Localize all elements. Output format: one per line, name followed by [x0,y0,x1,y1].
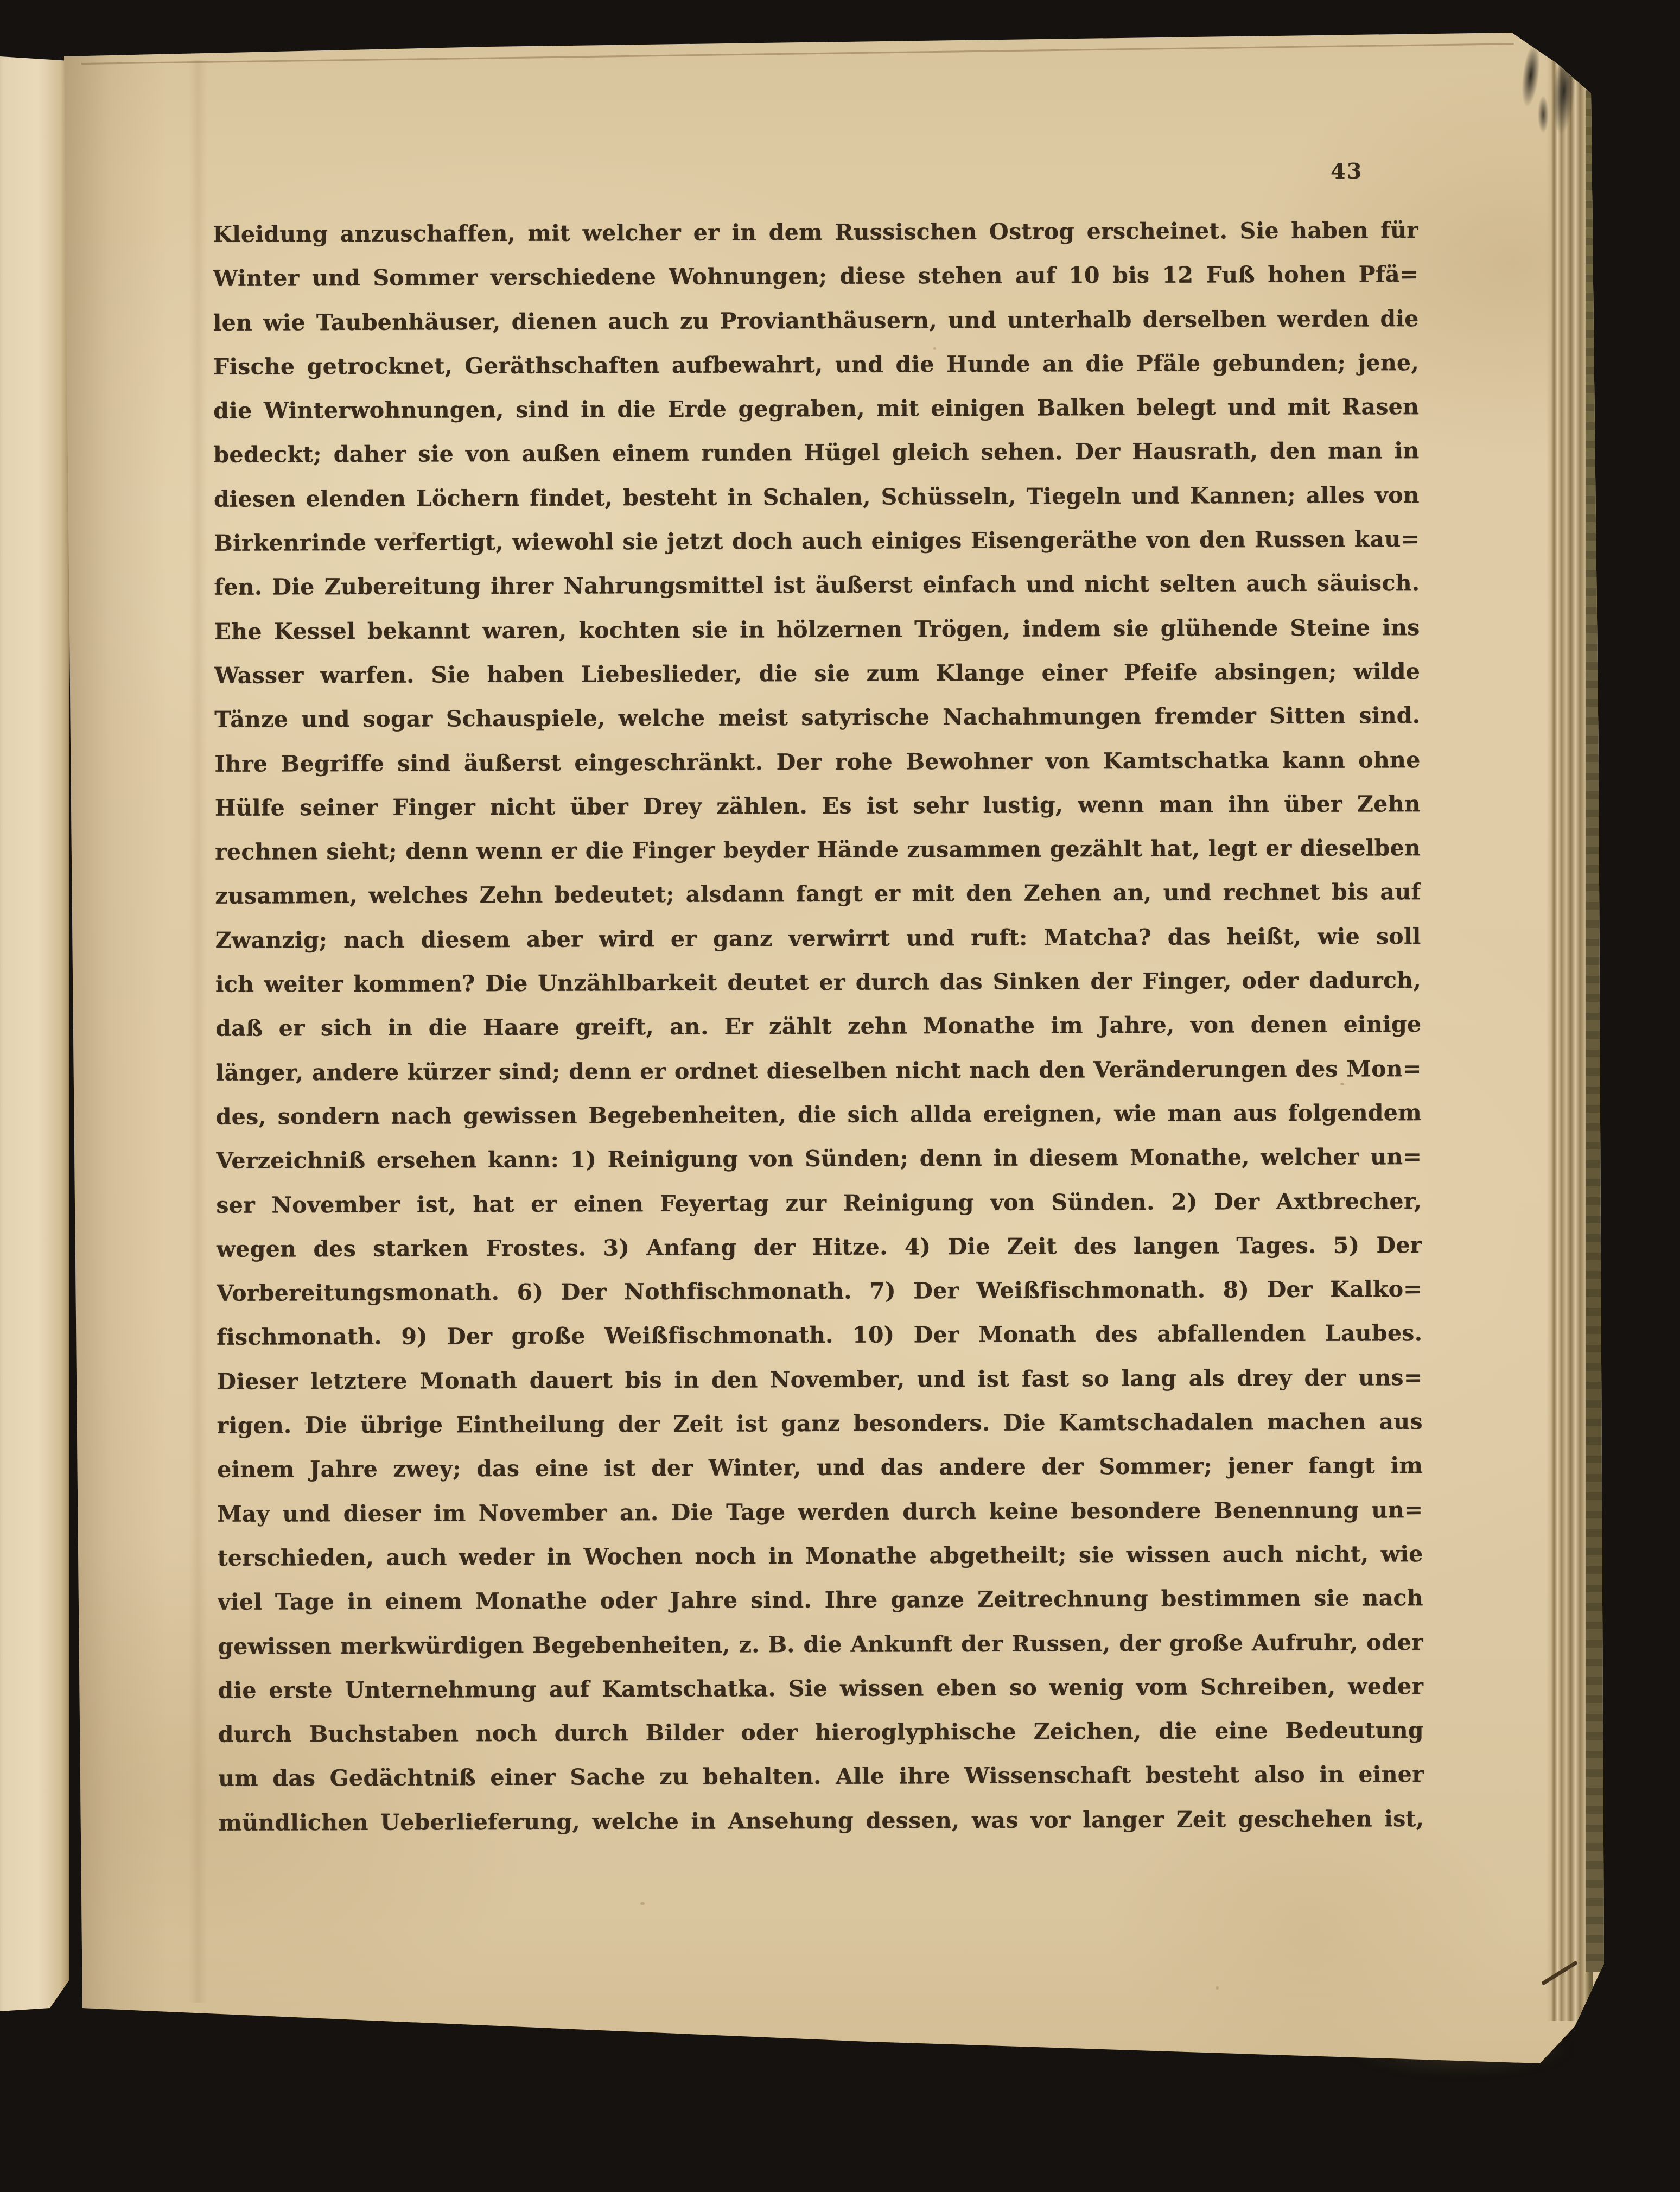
text-line: Fische getrocknet, Geräthschaften aufbew… [213,341,1419,389]
previous-page-sliver [0,0,69,2013]
text-line: wegen des starken Frostes. 3) Anfang der… [217,1223,1422,1272]
scan-background: 43 Kleidung anzuschaffen, mit welcher er… [0,0,1680,2192]
paper-speck [640,1902,645,1905]
text-line: gewissen merkwürdigen Begebenheiten, z. … [218,1621,1423,1669]
text-line: len wie Taubenhäuser, dienen auch zu Pro… [213,297,1419,345]
text-line: May und dieser im November an. Die Tage … [217,1488,1423,1536]
text-line: Vorbereitungsmonath. 6) Der Nothfischmon… [217,1267,1422,1316]
ink-smudge [1538,96,1549,134]
text-line: Dieser letztere Monath dauert bis in den… [217,1356,1422,1404]
text-line: Ehe Kessel bekannt waren, kochten sie in… [214,606,1420,654]
text-line: durch Buchstaben noch durch Bilder oder … [218,1708,1424,1757]
body-text: Kleidung anzuschaffen, mit welcher er in… [213,208,1424,1845]
text-line: um das Gedächtniß einer Sache zu behalte… [218,1752,1424,1801]
text-line: Verzeichniß ersehen kann: 1) Reinigung v… [216,1135,1422,1183]
top-deckle-line [81,43,1514,65]
text-line: einem Jahre zwey; das eine ist der Winte… [217,1444,1423,1492]
gutter-shade [64,49,167,2016]
margin-fold [189,60,207,2003]
text-line: ich weiter kommen? Die Unzählbarkeit deu… [215,958,1421,1007]
text-line: rigen. Die übrige Eintheilung der Zeit i… [217,1400,1423,1448]
text-line: mündlichen Ueberlieferung, welche in Ans… [218,1797,1424,1845]
text-line: daß er sich in die Haare greift, an. Er … [215,1002,1421,1051]
text-line: Tänze und sogar Schauspiele, welche meis… [214,694,1420,742]
text-line: die erste Unternehmung auf Kamtschatka. … [218,1664,1423,1713]
paper-speck [1216,1986,1219,1990]
text-line: Zwanzig; nach diesem aber wird er ganz v… [215,914,1421,963]
text-line: fischmonath. 9) Der große Weißfischmonat… [217,1312,1422,1360]
text-line: des, sondern nach gewissen Begebenheiten… [216,1091,1422,1139]
text-line: Hülfe seiner Finger nicht über Drey zähl… [215,782,1421,830]
text-line: fen. Die Zubereitung ihrer Nahrungsmitte… [214,561,1420,609]
text-line: Wasser warfen. Sie haben Liebeslieder, d… [214,650,1420,698]
text-line: Winter und Sommer verschiedene Wohnungen… [213,252,1418,301]
text-line: Ihre Begriffe sind äußerst eingeschränkt… [214,738,1420,786]
text-line: terschieden, auch weder in Wochen noch i… [218,1532,1423,1580]
text-line: länger, andere kürzer sind; denn er ordn… [215,1047,1421,1095]
text-line: diesen elenden Löchern findet, besteht i… [214,473,1420,522]
text-line: ser November ist, hat er einen Feyertag … [216,1179,1422,1228]
text-line: Birkenrinde verfertigt, wiewohl sie jetz… [214,517,1420,566]
text-line: Kleidung anzuschaffen, mit welcher er in… [213,208,1418,257]
ink-smudge [1519,43,1543,109]
text-line: die Winterwohnungen, sind in die Erde ge… [213,385,1419,433]
text-line: rechnen sieht; denn wenn er die Finger b… [215,826,1421,874]
text-line: zusammen, welches Zehn bedeutet; alsdann… [215,871,1421,919]
book-page: 43 Kleidung anzuschaffen, mit welcher er… [0,0,1680,2192]
text-line: viel Tage in einem Monathe oder Jahre si… [218,1576,1423,1624]
text-line: bedeckt; daher sie von außen einem runde… [213,429,1419,478]
rough-fore-edge [1586,90,1604,1972]
page-number: 43 [1331,158,1363,184]
